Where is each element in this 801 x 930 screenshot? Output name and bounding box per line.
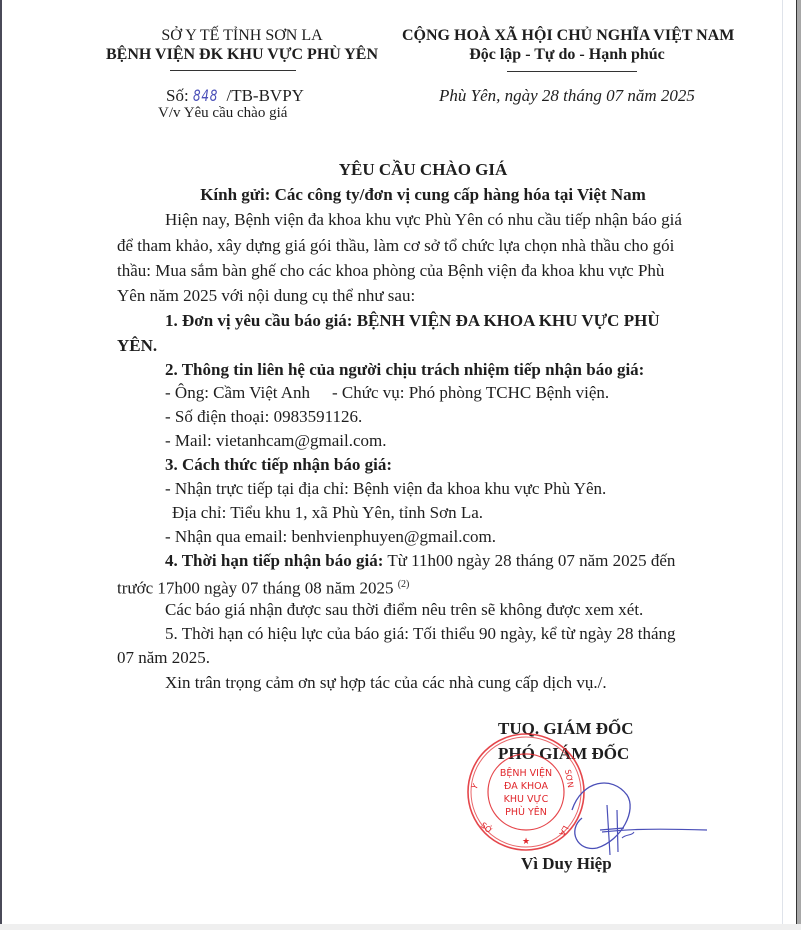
- contact-position: - Chức vụ: Phó phòng TCHC Bệnh viện.: [332, 380, 609, 406]
- document-title: YÊU CẦU CHÀO GIÁ: [2, 160, 799, 180]
- section-4-text-1: Từ 11h00 ngày 28 tháng 07 năm 2025 đến: [383, 551, 675, 570]
- contact-mail: - Mail: vietanhcam@gmail.com.: [165, 428, 386, 454]
- document-number: Số: 848/TB-BVPY: [166, 86, 304, 106]
- section-2-heading: 2. Thông tin liên hệ của người chịu trác…: [165, 357, 644, 383]
- recipient-line: Kính gửi: Các công ty/đơn vị cung cấp hà…: [2, 185, 799, 205]
- signature-icon: [562, 770, 722, 860]
- svg-text:SỞ: SỞ: [479, 819, 496, 835]
- header-right-underline: [507, 71, 637, 72]
- national-motto: Độc lập - Tự do - Hạnh phúc: [402, 46, 732, 64]
- header-left-underline: [170, 70, 296, 71]
- section-4-text-2: trước 17h00 ngày 07 tháng 08 năm 2025: [117, 579, 393, 598]
- document-number-suffix: /TB-BVPY: [226, 86, 303, 105]
- viewer-scroll-edge: [796, 0, 801, 924]
- viewer-bottom-bar: [0, 924, 801, 930]
- section-5-line-1: 5. Thời hạn có hiệu lực của báo giá: Tối…: [165, 621, 676, 647]
- document-number-handwritten: 848: [193, 86, 218, 105]
- svg-text:★: ★: [522, 837, 530, 847]
- place-date: Phù Yên, ngày 28 tháng 07 năm 2025: [439, 86, 695, 106]
- section-3-heading: 3. Cách thức tiếp nhận báo giá:: [165, 452, 392, 478]
- section-1-line-1: 1. Đơn vị yêu cầu báo giá: BỆNH VIỆN ĐA …: [165, 308, 660, 334]
- receive-email: - Nhận qua email: benhvienphuyen@gmail.c…: [165, 524, 496, 550]
- issuing-authority: SỞ Y TẾ TỈNH SƠN LA: [82, 27, 402, 45]
- nation-title: CỘNG HOÀ XÃ HỘI CHỦ NGHĨA VIỆT NAM: [402, 27, 732, 45]
- receive-direct: - Nhận trực tiếp tại địa chỉ: Bệnh viện …: [165, 476, 606, 502]
- intro-line-4: Yên năm 2025 với nội dung cụ thể như sau…: [117, 283, 415, 309]
- contact-phone: - Số điện thoại: 0983591126.: [165, 404, 362, 430]
- document-subject: V/v Yêu cầu chào giá: [158, 105, 287, 122]
- intro-line-2: để tham khảo, xây dựng giá gói thầu, làm…: [117, 233, 674, 259]
- section-1-line-2: YÊN.: [117, 333, 157, 359]
- signer-name: Vì Duy Hiệp: [521, 854, 612, 874]
- section-4-label: 4. Thời hạn tiếp nhận báo giá:: [165, 551, 383, 570]
- receive-address: Địa chỉ: Tiểu khu 1, xã Phù Yên, tỉnh Sơ…: [172, 500, 483, 526]
- document-number-prefix: Số:: [166, 86, 189, 105]
- intro-line-3: thầu: Mua sắm bàn ghế cho các khoa phòng…: [117, 258, 664, 284]
- organization-name: BỆNH VIỆN ĐK KHU VỰC PHÙ YÊN: [82, 46, 402, 64]
- closing-line: Xin trân trọng cảm ơn sự hợp tác của các…: [165, 670, 607, 696]
- contact-name: - Ông: Cầm Việt Anh: [165, 380, 310, 406]
- section-4-line-1: 4. Thời hạn tiếp nhận báo giá: Từ 11h00 …: [165, 548, 675, 574]
- section-5-line-2: 07 năm 2025.: [117, 645, 210, 671]
- scan-edge-line: [782, 0, 783, 924]
- document-page: SỞ Y TẾ TỈNH SƠN LA BỆNH VIỆN ĐK KHU VỰC…: [0, 0, 799, 924]
- footnote-marker: (2): [398, 579, 410, 590]
- section-4-note: Các báo giá nhận được sau thời điểm nêu …: [165, 597, 643, 623]
- intro-line-1: Hiện nay, Bệnh viện đa khoa khu vực Phù …: [165, 207, 682, 233]
